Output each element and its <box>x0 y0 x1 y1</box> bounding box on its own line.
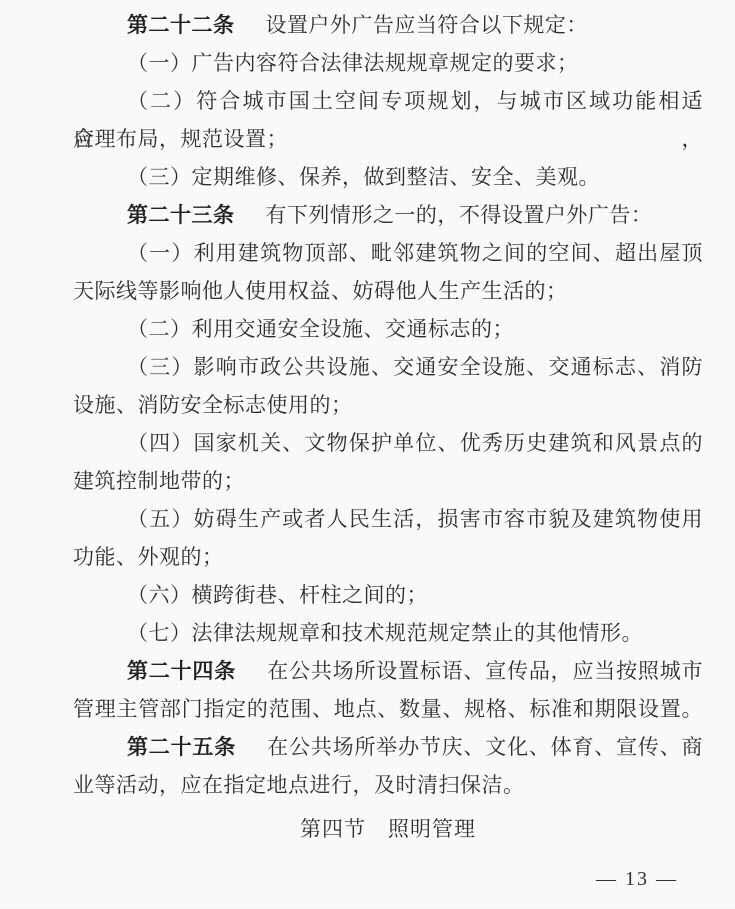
line-text: （五）妨碍生产或者人民生活，损害市容市貌及建筑物使用 <box>127 507 703 531</box>
text-line: （四）国家机关、文物保护单位、优秀历史建筑和风景点的 <box>73 424 703 462</box>
line-text: 功能、外观的； <box>73 545 224 569</box>
line-text: （三）影响市政公共设施、交通安全设施、交通标志、消防 <box>127 355 703 379</box>
text-line: （二）符合城市国土空间专项规划，与城市区域功能相适应， <box>73 82 703 120</box>
text-line: 第二十二条 设置户外广告应当符合以下规定： <box>73 6 703 44</box>
document-content: 第二十二条 设置户外广告应当符合以下规定：（一）广告内容符合法律法规规章规定的要… <box>73 6 703 848</box>
text-line: （五）妨碍生产或者人民生活，损害市容市貌及建筑物使用 <box>73 500 703 538</box>
text-line: 业等活动，应在指定地点进行，及时清扫保洁。 <box>73 766 703 804</box>
article-number: 第二十三条 <box>127 203 235 227</box>
text-line: 第二十四条 在公共场所设置标语、宣传品，应当按照城市 <box>73 652 703 690</box>
article-number: 第二十二条 <box>127 13 235 37</box>
line-text: 天际线等影响他人使用权益、妨碍他人生产生活的； <box>73 279 568 303</box>
line-text: （七）法律法规规章和技术规范规定禁止的其他情形。 <box>127 621 643 645</box>
text-line: 天际线等影响他人使用权益、妨碍他人生产生活的； <box>73 272 703 310</box>
line-text: 第四节 照明管理 <box>300 817 476 841</box>
text-line: （二）利用交通安全设施、交通标志的； <box>73 310 703 348</box>
line-text: 设施、消防安全标志使用的； <box>73 393 353 417</box>
line-text: 在公共场所设置标语、宣传品，应当按照城市 <box>245 659 703 683</box>
line-text: （一）广告内容符合法律法规规章规定的要求； <box>127 51 579 75</box>
text-line: （一）利用建筑物顶部、毗邻建筑物之间的空间、超出屋顶 <box>73 234 703 272</box>
article-number: 第二十五条 <box>127 735 236 759</box>
section-heading: 第四节 照明管理 <box>73 810 703 848</box>
line-text: 业等活动，应在指定地点进行，及时清扫保洁。 <box>73 773 525 797</box>
line-text: （一）利用建筑物顶部、毗邻建筑物之间的空间、超出屋顶 <box>127 241 703 265</box>
text-line: （三）影响市政公共设施、交通安全设施、交通标志、消防 <box>73 348 703 386</box>
document-page: 第二十二条 设置户外广告应当符合以下规定：（一）广告内容符合法律法规规章规定的要… <box>0 0 735 909</box>
text-line: 功能、外观的； <box>73 538 703 576</box>
text-line: （六）横跨街巷、杆柱之间的； <box>73 576 703 614</box>
line-text: （二）利用交通安全设施、交通标志的； <box>127 317 514 341</box>
line-text: 合理布局，规范设置； <box>73 127 288 151</box>
text-line: 设施、消防安全标志使用的； <box>73 386 703 424</box>
text-line: 第二十五条 在公共场所举办节庆、文化、体育、宣传、商 <box>73 728 703 766</box>
line-text: （六）横跨街巷、杆柱之间的； <box>127 583 428 607</box>
text-line: 第二十三条 有下列情形之一的，不得设置户外广告： <box>73 196 703 234</box>
line-text: 有下列情形之一的，不得设置户外广告： <box>244 203 653 227</box>
page-number: — 13 — <box>596 868 678 891</box>
text-line: （七）法律法规规章和技术规范规定禁止的其他情形。 <box>73 614 703 652</box>
line-text: 建筑控制地带的； <box>73 469 245 493</box>
text-line: （一）广告内容符合法律法规规章规定的要求； <box>73 44 703 82</box>
line-text: （四）国家机关、文物保护单位、优秀历史建筑和风景点的 <box>127 431 703 455</box>
line-text: （三）定期维修、保养，做到整洁、安全、美观。 <box>127 165 600 189</box>
line-text: 设置户外广告应当符合以下规定： <box>244 13 588 37</box>
text-line: 管理主管部门指定的范围、地点、数量、规格、标准和期限设置。 <box>73 690 703 728</box>
article-number: 第二十四条 <box>127 659 236 683</box>
text-line: 建筑控制地带的； <box>73 462 703 500</box>
text-line: （三）定期维修、保养，做到整洁、安全、美观。 <box>73 158 703 196</box>
line-text: 管理主管部门指定的范围、地点、数量、规格、标准和期限设置。 <box>73 697 703 721</box>
line-text: 在公共场所举办节庆、文化、体育、宣传、商 <box>245 735 703 759</box>
